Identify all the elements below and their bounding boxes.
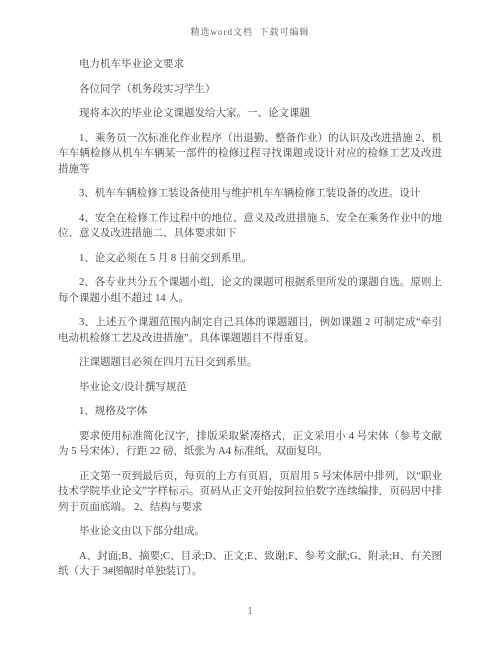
paragraph: 现将本次的毕业论文课题发给大家。一、论文课题 (58, 106, 442, 122)
paragraph: A、封面;B、摘要;C、目录;D、正文;E、致谢;F、参考文献;G、附录;H、有… (58, 549, 442, 580)
paragraph: 要求使用标准简化汉字，排版采取紧凑格式，正文采用小 4 号宋体（参考文献为 5 … (58, 429, 442, 460)
paragraph: 1、乘务员一次标准化作业程序（出退勤、整备作业）的认识及改进措施 2、机车车辆检… (58, 131, 442, 178)
paragraph: 2、各专业共分五个课题小组，论文的课题可根据系里所发的课题自选。原则上每个课题小… (58, 275, 442, 306)
paragraph: 3、上述五个课题范围内制定自己具体的课题题目，例如课题 2 可制定成“牵引电动机… (58, 315, 442, 346)
paragraph: 3、机车车辆检修工装设备使用与维护机车车辆检修工装设备的改进。设计 (58, 186, 442, 202)
watermark-header: 精选word文档 下载可编辑 (0, 25, 500, 38)
paragraph: 正文第一页到最后页，每页的上方有页眉，页眉用 5 号宋体居中排列，以“职业技术学… (58, 469, 442, 516)
paragraph: 各位同学（机务段实习学生） (58, 82, 442, 98)
document-body: 电力机车毕业论文要求各位同学（机务段实习学生）现将本次的毕业论文课题发给大家。一… (58, 57, 442, 589)
document-page: 精选word文档 下载可编辑 电力机车毕业论文要求各位同学（机务段实习学生）现将… (0, 0, 500, 647)
document-title: 电力机车毕业论文要求 (58, 57, 442, 73)
paragraph: 1、论文必须在 5 月 8 日前交到系里。 (58, 251, 442, 267)
page-number: 1 (0, 606, 500, 617)
paragraph: 毕业论文/设计撰写规范 (58, 380, 442, 396)
paragraph: 4、安全在检修工作过程中的地位、意义及改进措施 5、安全在乘务作业中的地位、意义… (58, 211, 442, 242)
paragraph: 注课题题目必须在四月五日交到系里。 (58, 355, 442, 371)
paragraph: 毕业论文由以下部分组成。 (58, 524, 442, 540)
paragraph: 1、规格及字体 (58, 404, 442, 420)
